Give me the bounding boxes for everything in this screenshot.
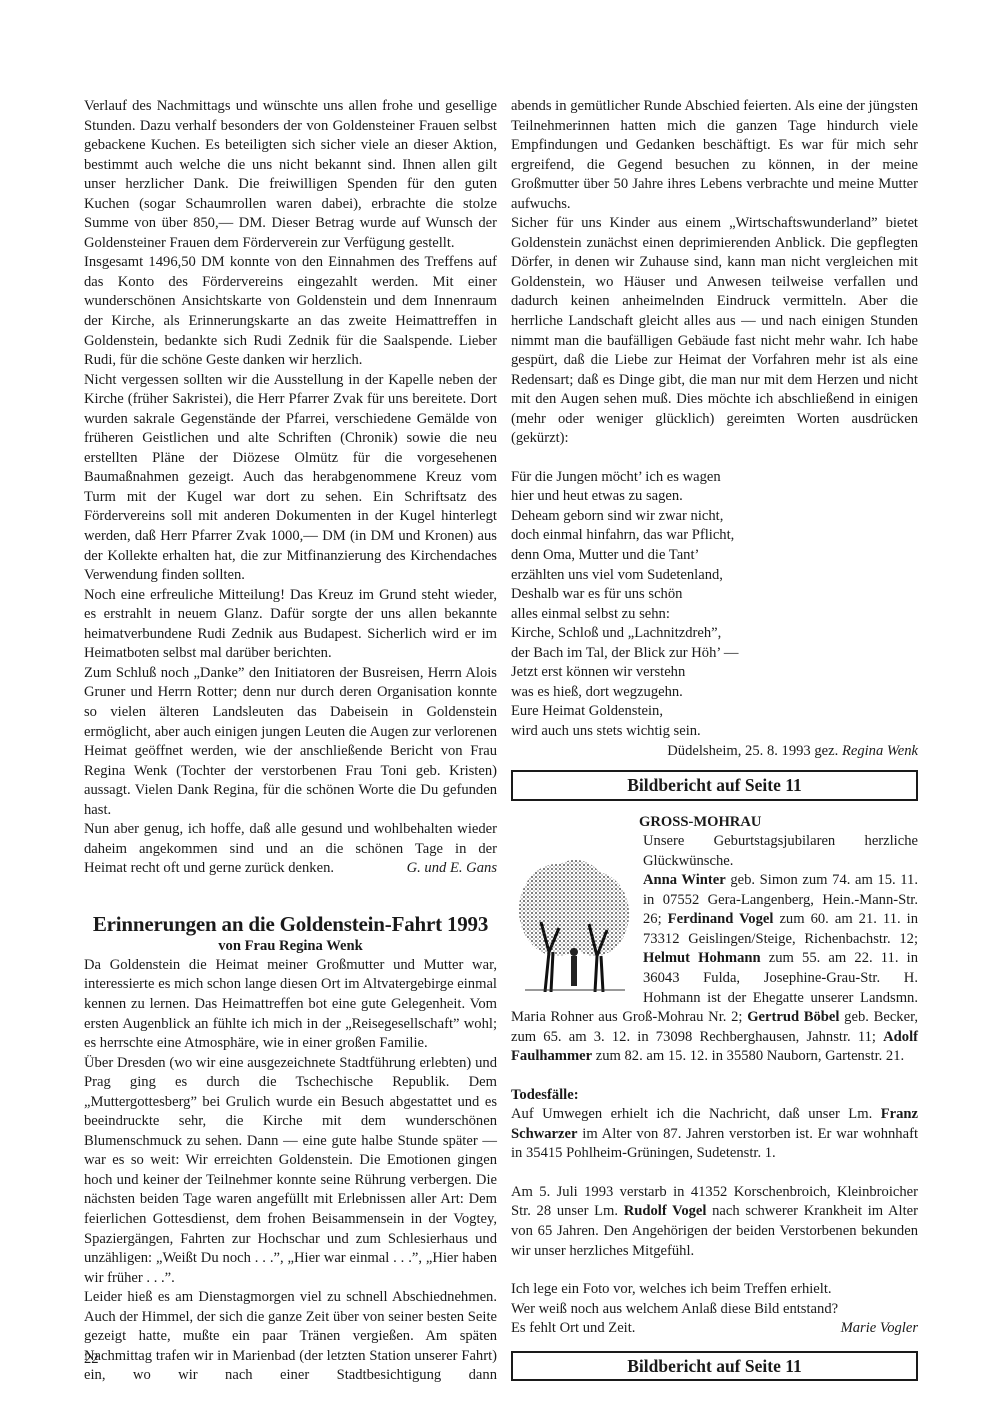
- photo-note-last: Es fehlt Ort und Zeit. Marie Vogler: [511, 1319, 918, 1339]
- article-byline: von Frau Regina Wenk: [84, 937, 497, 956]
- poem-line: Für die Jungen möcht’ ich es wagen: [511, 468, 918, 488]
- photo-note-line: Es fehlt Ort und Zeit.: [511, 1319, 635, 1339]
- section-title: GROSS-MOHRAU: [639, 813, 918, 833]
- poem-line: Deheam geborn sind wir zwar nicht,: [511, 507, 918, 527]
- poem-line: erzählten uns viel vom Sudetenland,: [511, 566, 918, 586]
- poem-line: hier und heut etwas zu sagen.: [511, 487, 918, 507]
- paragraph: Leider hieß es am Dienstagmorgen viel zu…: [84, 1288, 497, 1386]
- obituary-paragraph: Am 5. Juli 1993 verstarb in 41352 Korsch…: [511, 1183, 918, 1261]
- person-name: Ferdinand Vogel: [668, 911, 774, 927]
- todesfaelle-heading: Todesfälle:: [511, 1086, 918, 1106]
- paragraph: abends in gemütlicher Runde Abschied fei…: [511, 97, 918, 214]
- right-column: abends in gemütlicher Runde Abschied fei…: [511, 97, 918, 1381]
- notice-box: Bildbericht auf Seite 11: [511, 770, 918, 801]
- poem-line: wird auch uns stets wichtig sein.: [511, 722, 918, 742]
- person-name: Rudolf Vogel: [624, 1203, 707, 1219]
- author-signature: G. und E. Gans: [407, 859, 497, 879]
- poem-line: Deshalb war es für uns schön: [511, 585, 918, 605]
- gross-mohrau-section: GROSS-MOHRAU Unsere Geburtstagsjubilaren…: [511, 813, 918, 1067]
- notice-box: Bildbericht auf Seite 11: [511, 1351, 918, 1382]
- poem-line: doch einmal hinfahrn, das war Pflicht,: [511, 526, 918, 546]
- poem-sign-name: Regina Wenk: [842, 743, 918, 759]
- paragraph: Nicht vergessen sollten wir die Ausstell…: [84, 371, 497, 586]
- poem-line: Kirche, Schloß und „Lachnitzdreh”,: [511, 624, 918, 644]
- poem-line: Jetzt erst können wir verstehn: [511, 663, 918, 683]
- page-number: 22: [84, 1351, 99, 1368]
- poem-line: der Bach im Tal, der Blick zur Höh’ —: [511, 644, 918, 664]
- photo-note-line: Wer weiß noch aus welchem Anlaß diese Bi…: [511, 1300, 918, 1320]
- paragraph: Da Goldenstein die Heimat meiner Großmut…: [84, 956, 497, 1054]
- photo-note: Ich lege ein Foto vor, welches ich beim …: [511, 1280, 918, 1339]
- poem-line: denn Oma, Mutter und die Tant’: [511, 546, 918, 566]
- closing-line: Heimat recht oft und gerne zurück denken…: [84, 859, 497, 879]
- author-signature: Marie Vogler: [841, 1319, 918, 1339]
- poem-sign-place: Düdelsheim, 25. 8. 1993 gez.: [667, 743, 838, 759]
- poem-line: was es hieß, dort wegzugehn.: [511, 683, 918, 703]
- poem-line: alles einmal selbst zu sehn:: [511, 605, 918, 625]
- closing-text: Heimat recht oft und gerne zurück denken…: [84, 859, 334, 879]
- paragraph: Sicher für uns Kinder aus einem „Wirtsch…: [511, 214, 918, 449]
- paragraph: Über Dresden (wo wir eine ausgezeichnete…: [84, 1054, 497, 1289]
- left-column: Verlauf des Nachmittags und wünschte uns…: [84, 97, 497, 1386]
- paragraph: Nun aber genug, ich hoffe, daß alle gesu…: [84, 820, 497, 859]
- paragraph: Noch eine erfreuliche Mitteilung! Das Kr…: [84, 586, 497, 664]
- obituary-paragraph: Auf Umwegen erhielt ich die Nachricht, d…: [511, 1105, 918, 1164]
- article-title: Erinnerungen an die Goldenstein-Fahrt 19…: [84, 911, 497, 937]
- poem: Für die Jungen möcht’ ich es wagen hier …: [511, 468, 918, 761]
- poem-line: Eure Heimat Goldenstein,: [511, 702, 918, 722]
- paragraph: Zum Schluß noch „Danke” den Initiatoren …: [84, 664, 497, 820]
- poem-signature: Düdelsheim, 25. 8. 1993 gez. Regina Wenk: [511, 742, 918, 762]
- photo-note-line: Ich lege ein Foto vor, welches ich beim …: [511, 1280, 918, 1300]
- tree-illustration-icon: [515, 852, 633, 992]
- person-name: Helmut Hohmann: [643, 950, 761, 966]
- paragraph: Insgesamt 1496,50 DM konnte von den Einn…: [84, 253, 497, 370]
- person-name: Gertrud Böbel: [747, 1009, 839, 1025]
- paragraph: Verlauf des Nachmittags und wünschte uns…: [84, 97, 497, 253]
- person-name: Anna Winter: [643, 872, 726, 888]
